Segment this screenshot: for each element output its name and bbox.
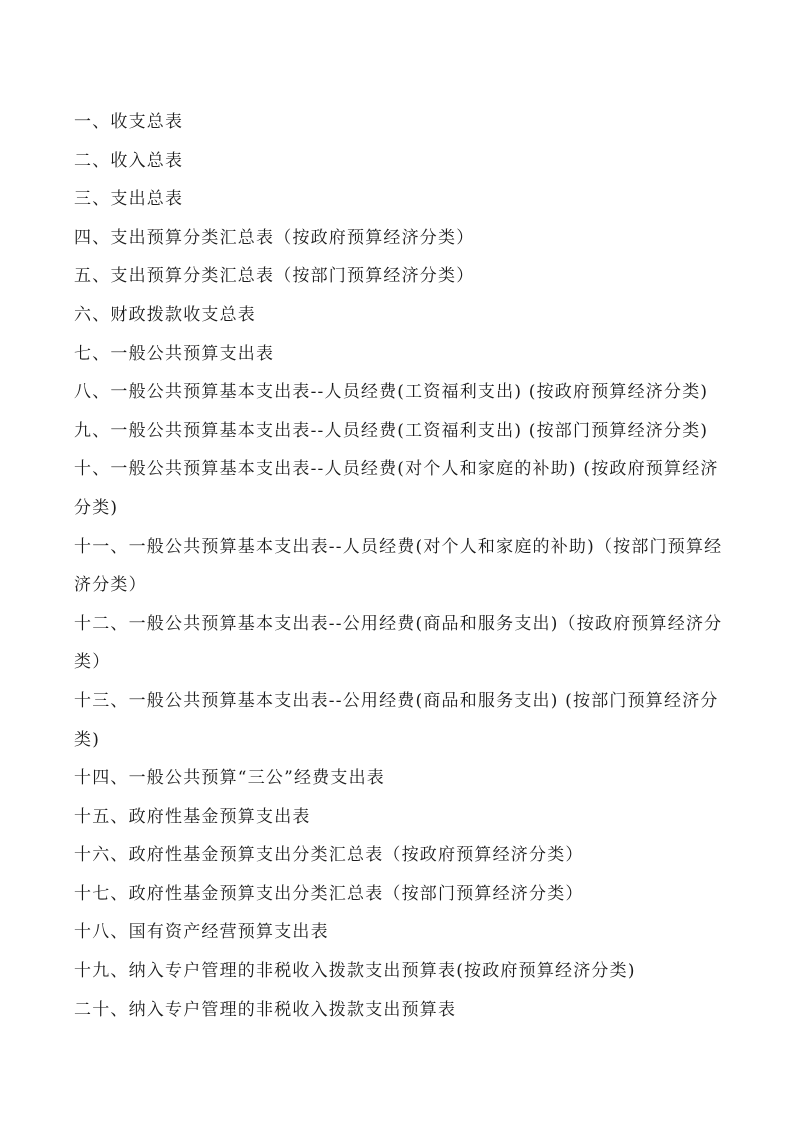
toc-item-7: 七、一般公共预算支出表 (74, 335, 734, 374)
toc-item-12: 十二、一般公共预算基本支出表--公用经费(商品和服务支出)（按政府预算经济分类） (74, 605, 734, 682)
toc-item-17: 十七、政府性基金预算支出分类汇总表（按部门预算经济分类） (74, 875, 734, 914)
toc-item-19: 十九、纳入专户管理的非税收入拨款支出预算表(按政府预算经济分类) (74, 952, 734, 991)
toc-item-8: 八、一般公共预算基本支出表--人员经费(工资福利支出) (按政府预算经济分类) (74, 373, 734, 412)
toc-item-4: 四、支出预算分类汇总表（按政府预算经济分类） (74, 219, 734, 258)
toc-item-14: 十四、一般公共预算“三公”经费支出表 (74, 759, 734, 798)
toc-item-18: 十八、国有资产经营预算支出表 (74, 913, 734, 952)
toc-item-20: 二十、纳入专户管理的非税收入拨款支出预算表 (74, 991, 734, 1030)
table-of-contents: 一、收支总表 二、收入总表 三、支出总表 四、支出预算分类汇总表（按政府预算经济… (74, 103, 734, 1029)
toc-item-11: 十一、一般公共预算基本支出表--人员经费(对个人和家庭的补助)（按部门预算经济分… (74, 528, 734, 605)
toc-item-13: 十三、一般公共预算基本支出表--公用经费(商品和服务支出) (按部门预算经济分类… (74, 682, 734, 759)
toc-item-6: 六、财政拨款收支总表 (74, 296, 734, 335)
toc-item-3: 三、支出总表 (74, 180, 734, 219)
toc-item-10: 十、一般公共预算基本支出表--人员经费(对个人和家庭的补助) (按政府预算经济分… (74, 450, 734, 527)
toc-item-16: 十六、政府性基金预算支出分类汇总表（按政府预算经济分类） (74, 836, 734, 875)
toc-item-2: 二、收入总表 (74, 142, 734, 181)
toc-item-9: 九、一般公共预算基本支出表--人员经费(工资福利支出) (按部门预算经济分类) (74, 412, 734, 451)
toc-item-1: 一、收支总表 (74, 103, 734, 142)
toc-item-5: 五、支出预算分类汇总表（按部门预算经济分类） (74, 257, 734, 296)
toc-item-15: 十五、政府性基金预算支出表 (74, 798, 734, 837)
